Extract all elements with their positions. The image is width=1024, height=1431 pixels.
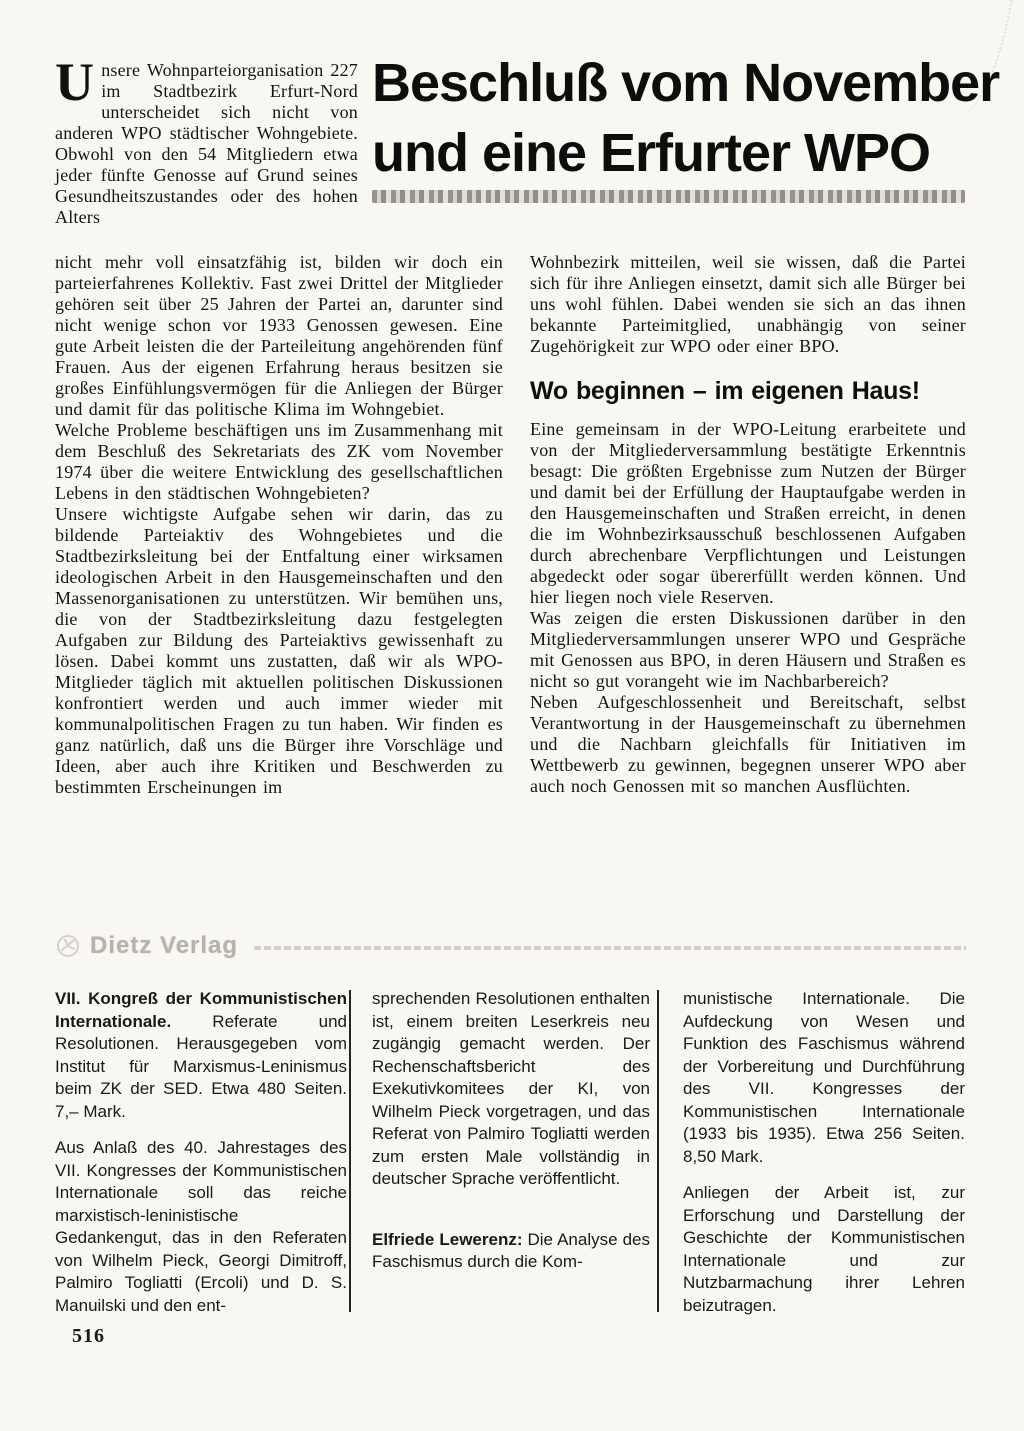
section-subhead: Wo beginnen – im eigenen Haus!	[530, 377, 966, 405]
book-column-1: VII. Kongreß der Kommunistischen Interna…	[55, 988, 347, 1317]
article-paragraph: Eine gemeinsam in der WPO-Leitung erarbe…	[530, 419, 966, 608]
headline-underline-texture	[372, 190, 965, 203]
page-number: 516	[72, 1325, 105, 1348]
book-column-3: munistische Internationale. Die Aufdecku…	[683, 988, 965, 1317]
article-headline: Beschluß vom November und eine Erfurter …	[372, 48, 966, 188]
column-divider	[657, 990, 659, 1312]
magazine-page: Beschluß vom November und eine Erfurter …	[0, 0, 1024, 1431]
intro-text: nsere Wohnparteiorganisation 227 im Stad…	[55, 60, 358, 227]
column-divider	[349, 990, 351, 1312]
dropcap-letter: U	[55, 60, 101, 103]
book-entry-text: munistische Internationale. Die Aufdecku…	[683, 988, 965, 1168]
headline-line-1: Beschluß vom November	[372, 48, 966, 118]
article-paragraph: nicht mehr voll einsatzfähig ist, bilden…	[55, 252, 503, 420]
book-entry-text: Anliegen der Arbeit ist, zur Erforschung…	[683, 1182, 965, 1317]
book-entry: Elfriede Lewerenz: Die Analyse des Fasch…	[372, 1229, 650, 1274]
publisher-watermark-label: Dietz Verlag	[90, 932, 238, 960]
dietz-verlag-logo-icon	[55, 933, 81, 959]
publisher-watermark-row: Dietz Verlag	[55, 930, 966, 962]
intro-paragraph: Unsere Wohnparteiorganisation 227 im Sta…	[55, 60, 358, 228]
article-paragraph: Wohnbezirk mitteilen, weil sie wissen, d…	[530, 252, 966, 357]
book-entry: VII. Kongreß der Kommunistischen Interna…	[55, 988, 347, 1123]
article-right-column: Wohnbezirk mitteilen, weil sie wissen, d…	[530, 252, 966, 797]
article-paragraph: Was zeigen die ersten Diskussionen darüb…	[530, 608, 966, 692]
book-entry-text: Aus Anlaß des 40. Jahrestages des VII. K…	[55, 1137, 347, 1317]
book-author: Elfriede Lewerenz:	[372, 1230, 523, 1249]
book-column-2: sprechenden Resolutionen enthalten ist, …	[372, 988, 650, 1274]
watermark-dotted-rule	[254, 946, 966, 950]
book-entry-text: sprechenden Resolutionen enthalten ist, …	[372, 988, 650, 1191]
article-paragraph: Neben Aufgeschlossenheit und Bereitschaf…	[530, 692, 966, 797]
article-paragraph: Welche Probleme beschäftigen uns im Zusa…	[55, 420, 503, 504]
headline-line-2: und eine Erfurter WPO	[372, 118, 966, 188]
article-intro-column: Unsere Wohnparteiorganisation 227 im Sta…	[55, 60, 358, 228]
article-left-column: nicht mehr voll einsatzfähig ist, bilden…	[55, 252, 503, 798]
article-paragraph: Unsere wichtigste Aufgabe sehen wir dari…	[55, 504, 503, 798]
